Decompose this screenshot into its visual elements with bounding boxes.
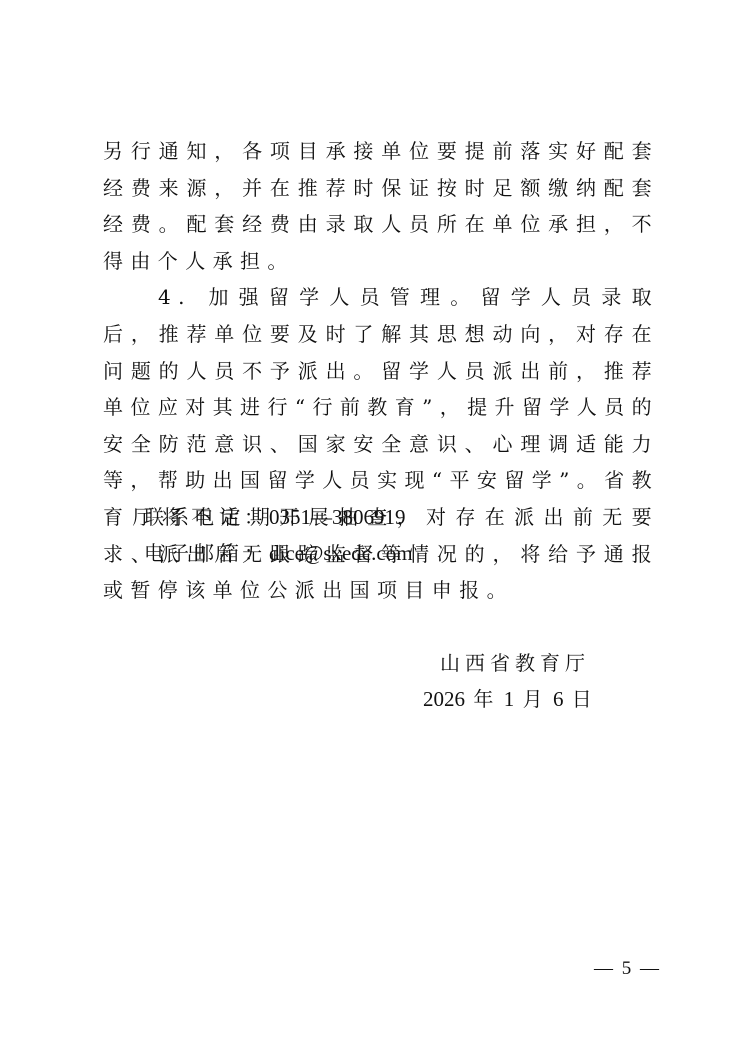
date-month: 1 — [504, 687, 515, 711]
date-month-unit: 月 — [514, 687, 553, 711]
phone-label: 联系电话： — [144, 505, 269, 529]
email-label: 电子邮箱： — [144, 541, 269, 565]
paragraph-funding: 另行通知，各项目承接单位要提前落实好配套经费来源，并在推荐时保证按时足额缴纳配套… — [103, 133, 659, 279]
contact-email: 电子邮箱：dice@sxedc.com — [144, 535, 413, 571]
page-number: — 5 — — [594, 958, 661, 980]
email-value: dice@sxedc.com — [269, 541, 413, 565]
date-year-unit: 年 — [465, 687, 504, 711]
date-day-unit: 日 — [563, 687, 593, 711]
signature-organization: 山西省教育厅 — [440, 645, 590, 681]
date-year: 2026 — [423, 687, 465, 711]
document-page: 另行通知，各项目承接单位要提前落实好配套经费来源，并在推荐时保证按时足额缴纳配套… — [0, 0, 754, 1062]
date-day: 6 — [553, 687, 564, 711]
signature-date: 2026 年 1 月 6 日 — [423, 681, 594, 717]
contact-phone: 联系电话：0351—3806919 — [144, 499, 406, 535]
phone-value: 0351—3806919 — [269, 505, 406, 529]
